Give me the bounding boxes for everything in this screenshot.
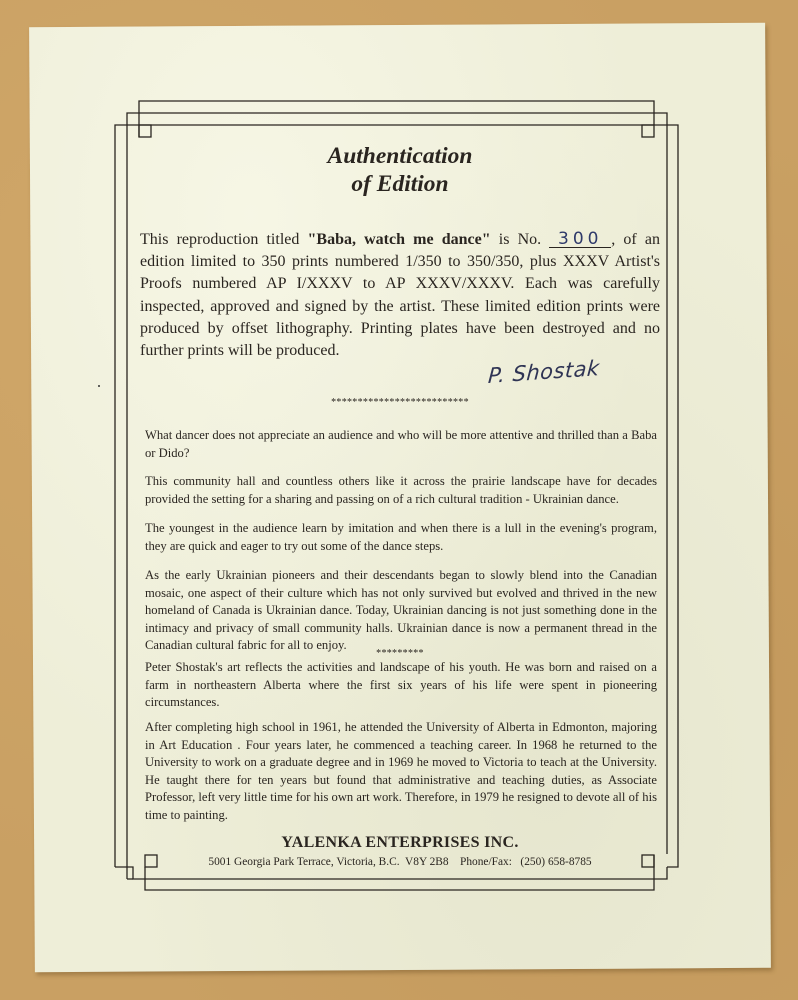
paragraph: What dancer does not appreciate an audie… xyxy=(145,427,657,462)
paragraph: After completing high school in 1961, he… xyxy=(145,719,657,825)
edition-number: 300 xyxy=(549,231,611,248)
company-address: 5001 Georgia Park Terrace, Victoria, B.C… xyxy=(140,856,660,868)
authentication-statement: This reproduction titled "Baba, watch me… xyxy=(140,229,660,362)
paragraph: As the early Ukrainian pioneers and thei… xyxy=(145,567,657,655)
paragraph: Peter Shostak's art reflects the activit… xyxy=(145,659,657,712)
artwork-title: "Baba, watch me dance" xyxy=(308,231,491,248)
separator-long: ************************** xyxy=(140,397,660,408)
company-name: YALENKA ENTERPRISES INC. xyxy=(140,834,660,852)
paper-speck xyxy=(98,385,100,387)
separator-short: ********* xyxy=(140,648,660,659)
paragraph: The youngest in the audience learn by im… xyxy=(145,520,657,555)
paragraph: This community hall and countless others… xyxy=(145,473,657,508)
document-title: Authentication of Edition xyxy=(140,142,660,198)
